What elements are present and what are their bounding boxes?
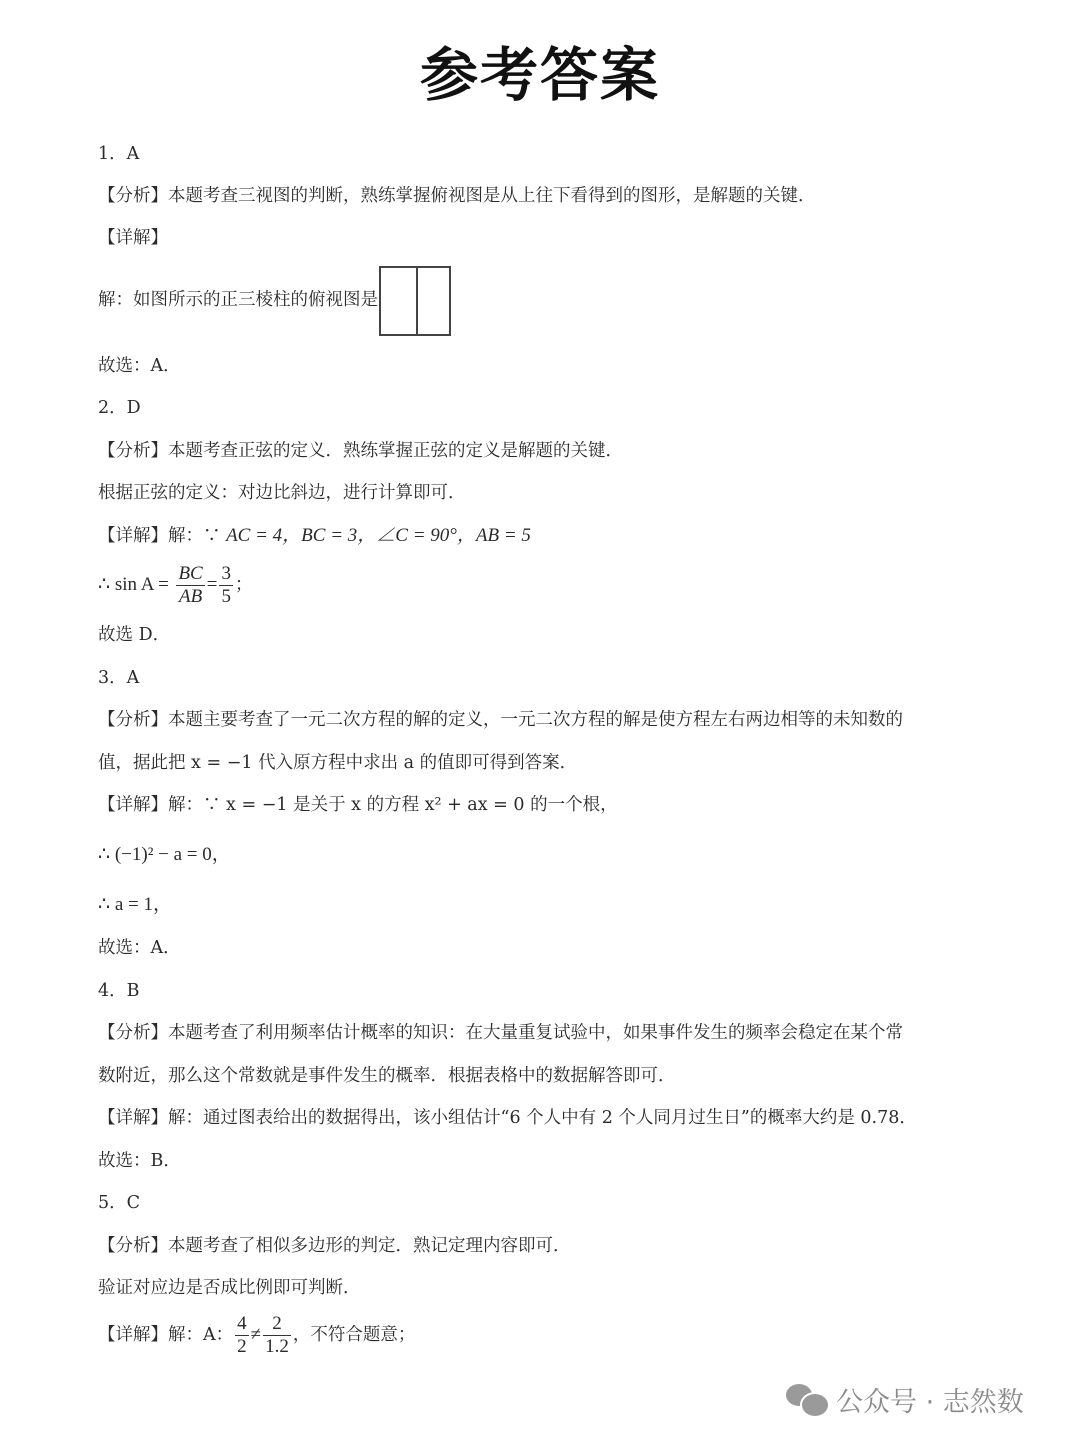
q4-analysis: 【分析】本题考查了利用频率估计概率的知识：在大量重复试验中，如果事件发生的频率会… xyxy=(98,1021,903,1045)
q2-choice: 故选 D． xyxy=(98,623,170,647)
top-view-divider xyxy=(416,268,418,334)
q1-solution: 解：如图所示的正三棱柱的俯视图是 xyxy=(98,264,451,336)
q5-analysis: 【分析】本题考查了相似多边形的判定．熟记定理内容即可． xyxy=(98,1234,571,1258)
q5-fraction-4-2: 42 xyxy=(235,1313,249,1358)
q2-given: AC = 4，BC = 3，∠C = 90°，AB = 5 xyxy=(226,525,531,546)
q5-neq: ≠ xyxy=(251,1324,261,1345)
q4-choice: 故选：B． xyxy=(98,1149,181,1173)
page-title: 参考答案 xyxy=(0,28,1080,112)
q2-analysis-2: 根据正弦的定义：对边比斜边，进行计算即可． xyxy=(98,481,466,505)
q3-step-2: ∴ a = 1， xyxy=(98,893,172,917)
q3-step-1: ∴ (−1)² − a = 0， xyxy=(98,843,231,867)
q2-analysis: 【分析】本题考查正弦的定义．熟练掌握正弦的定义是解题的关键． xyxy=(98,439,623,463)
q2-fraction-3-5: 35 xyxy=(219,563,233,608)
q2-answer: 2．D xyxy=(98,396,141,420)
q1-detail-label: 【详解】 xyxy=(98,226,168,250)
q1-solution-text: 解：如图所示的正三棱柱的俯视图是 xyxy=(98,290,378,310)
q5-analysis-2: 验证对应边是否成比例即可判断． xyxy=(98,1276,361,1300)
watermark: 公众号 · 志然数 xyxy=(786,1380,1024,1419)
q3-detail: 【详解】解：∵ x = −1 是关于 x 的方程 x² + ax = 0 的一个… xyxy=(98,793,618,817)
q2-sin-prefix: ∴ sin A = xyxy=(98,574,169,595)
q5-detail-prefix: 【详解】解：A： xyxy=(98,1325,233,1345)
q2-detail: 【详解】解：∵ AC = 4，BC = 3，∠C = 90°，AB = 5 xyxy=(98,524,531,548)
q2-fraction-bc-ab: BCAB xyxy=(176,563,204,608)
q5-answer: 5．C xyxy=(98,1191,140,1215)
q1-analysis: 【分析】本题考查三视图的判断，熟练掌握俯视图是从上往下看得到的图形，是解题的关键… xyxy=(98,184,816,208)
q4-analysis-2: 数附近，那么这个常数就是事件发生的概率．根据表格中的数据解答即可． xyxy=(98,1064,676,1088)
q3-answer: 3．A xyxy=(98,666,139,690)
q5-detail: 【详解】解：A：42≠21.2，不符合题意； xyxy=(98,1310,415,1360)
q2-sin-equation: ∴ sin A = BCAB=35； xyxy=(98,560,252,610)
q2-detail-prefix: 【详解】解：∵ xyxy=(98,526,221,546)
q1-answer: 1．A xyxy=(98,142,139,166)
q1-choice: 故选：A． xyxy=(98,354,181,378)
watermark-text: 公众号 · 志然数 xyxy=(836,1380,1024,1419)
wechat-icon xyxy=(786,1382,828,1418)
q3-analysis-2: 值，据此把 x = −1 代入原方程中求出 a 的值即可得到答案． xyxy=(98,751,577,775)
q3-choice: 故选：A． xyxy=(98,936,181,960)
q3-analysis: 【分析】本题主要考查了一元二次方程的解的定义，一元二次方程的解是使方程左右两边相… xyxy=(98,708,903,732)
q4-detail: 【详解】解：通过图表给出的数据得出，该小组估计“6 个人中有 2 个人同月过生日… xyxy=(98,1106,917,1130)
q4-answer: 4．B xyxy=(98,979,140,1003)
q5-detail-suffix: ，不符合题意； xyxy=(293,1325,416,1345)
top-view-figure-icon xyxy=(379,266,451,336)
q5-fraction-2-1-2: 21.2 xyxy=(263,1313,291,1358)
